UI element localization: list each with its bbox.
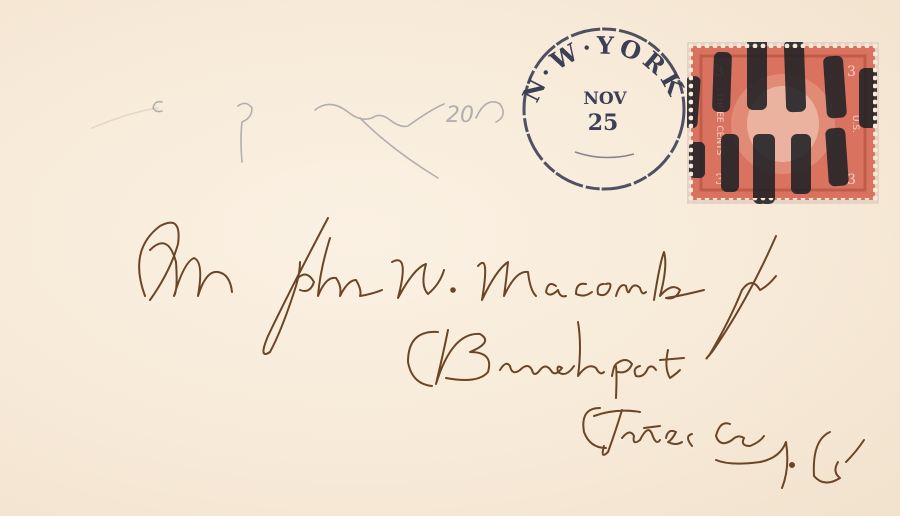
envelope: 20 N·W·YORK NOV 25 [0, 0, 900, 516]
handwritten-address [0, 0, 900, 516]
